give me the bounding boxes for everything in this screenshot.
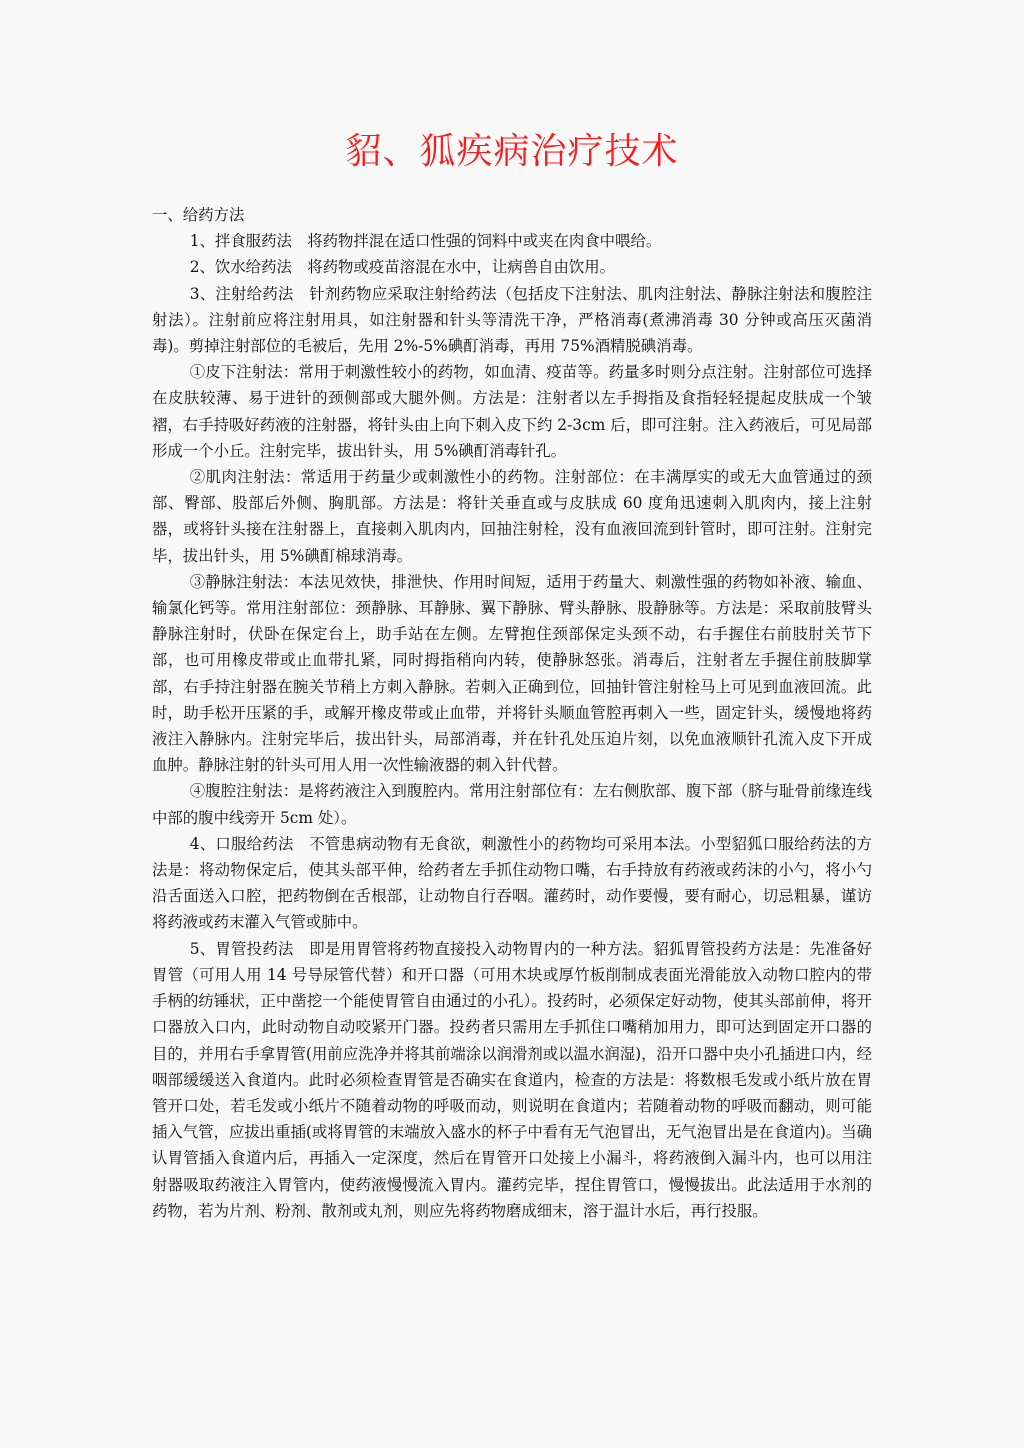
document-title: 貂、狐疾病治疗技术 [0,128,1024,176]
paragraph-subcutaneous: ①皮下注射法：常用于刺激性较小的药物，如血清、疫苗等。药量多时则分点注射。注射部… [152,359,872,464]
paragraph-drinking-water: 2、饮水给药法 将药物或疫苗溶混在水中，让病兽自由饮用。 [152,254,872,280]
paragraph-intravenous: ③静脉注射法：本法见效快，排泄快、作用时间短，适用于药量大、刺激性强的药物如补液… [152,569,872,779]
paragraph-intramuscular: ②肌肉注射法：常适用于药量少或刺激性小的药物。注射部位：在丰满厚实的或无大血管通… [152,464,872,569]
paragraph-injection: 3、注射给药法 针剂药物应采取注射给药法（包括皮下注射法、肌肉注射法、静脉注射法… [152,281,872,360]
document-body: 一、给药方法 1、拌食服药法 将药物拌混在适口性强的饲料中或夹在肉食中喂给。 2… [152,202,872,1224]
section-heading: 一、给药方法 [152,202,872,228]
document-page: 貂、狐疾病治疗技术 一、给药方法 1、拌食服药法 将药物拌混在适口性强的饲料中或… [0,0,1024,1448]
paragraph-gastric-tube: 5、胃管投药法 即是用胃管将药物直接投入动物胃内的一种方法。貂狐胃管投药方法是：… [152,936,872,1224]
paragraph-intraperitoneal: ④腹腔注射法：是将药液注入到腹腔内。常用注射部位有：左右侧肷部、腹下部（脐与耻骨… [152,778,872,830]
paragraph-mixed-feed: 1、拌食服药法 将药物拌混在适口性强的饲料中或夹在肉食中喂给。 [152,228,872,254]
paragraph-oral: 4、口服给药法 不管患病动物有无食欲，刺激性小的药物均可采用本法。小型貂狐口服给… [152,831,872,936]
